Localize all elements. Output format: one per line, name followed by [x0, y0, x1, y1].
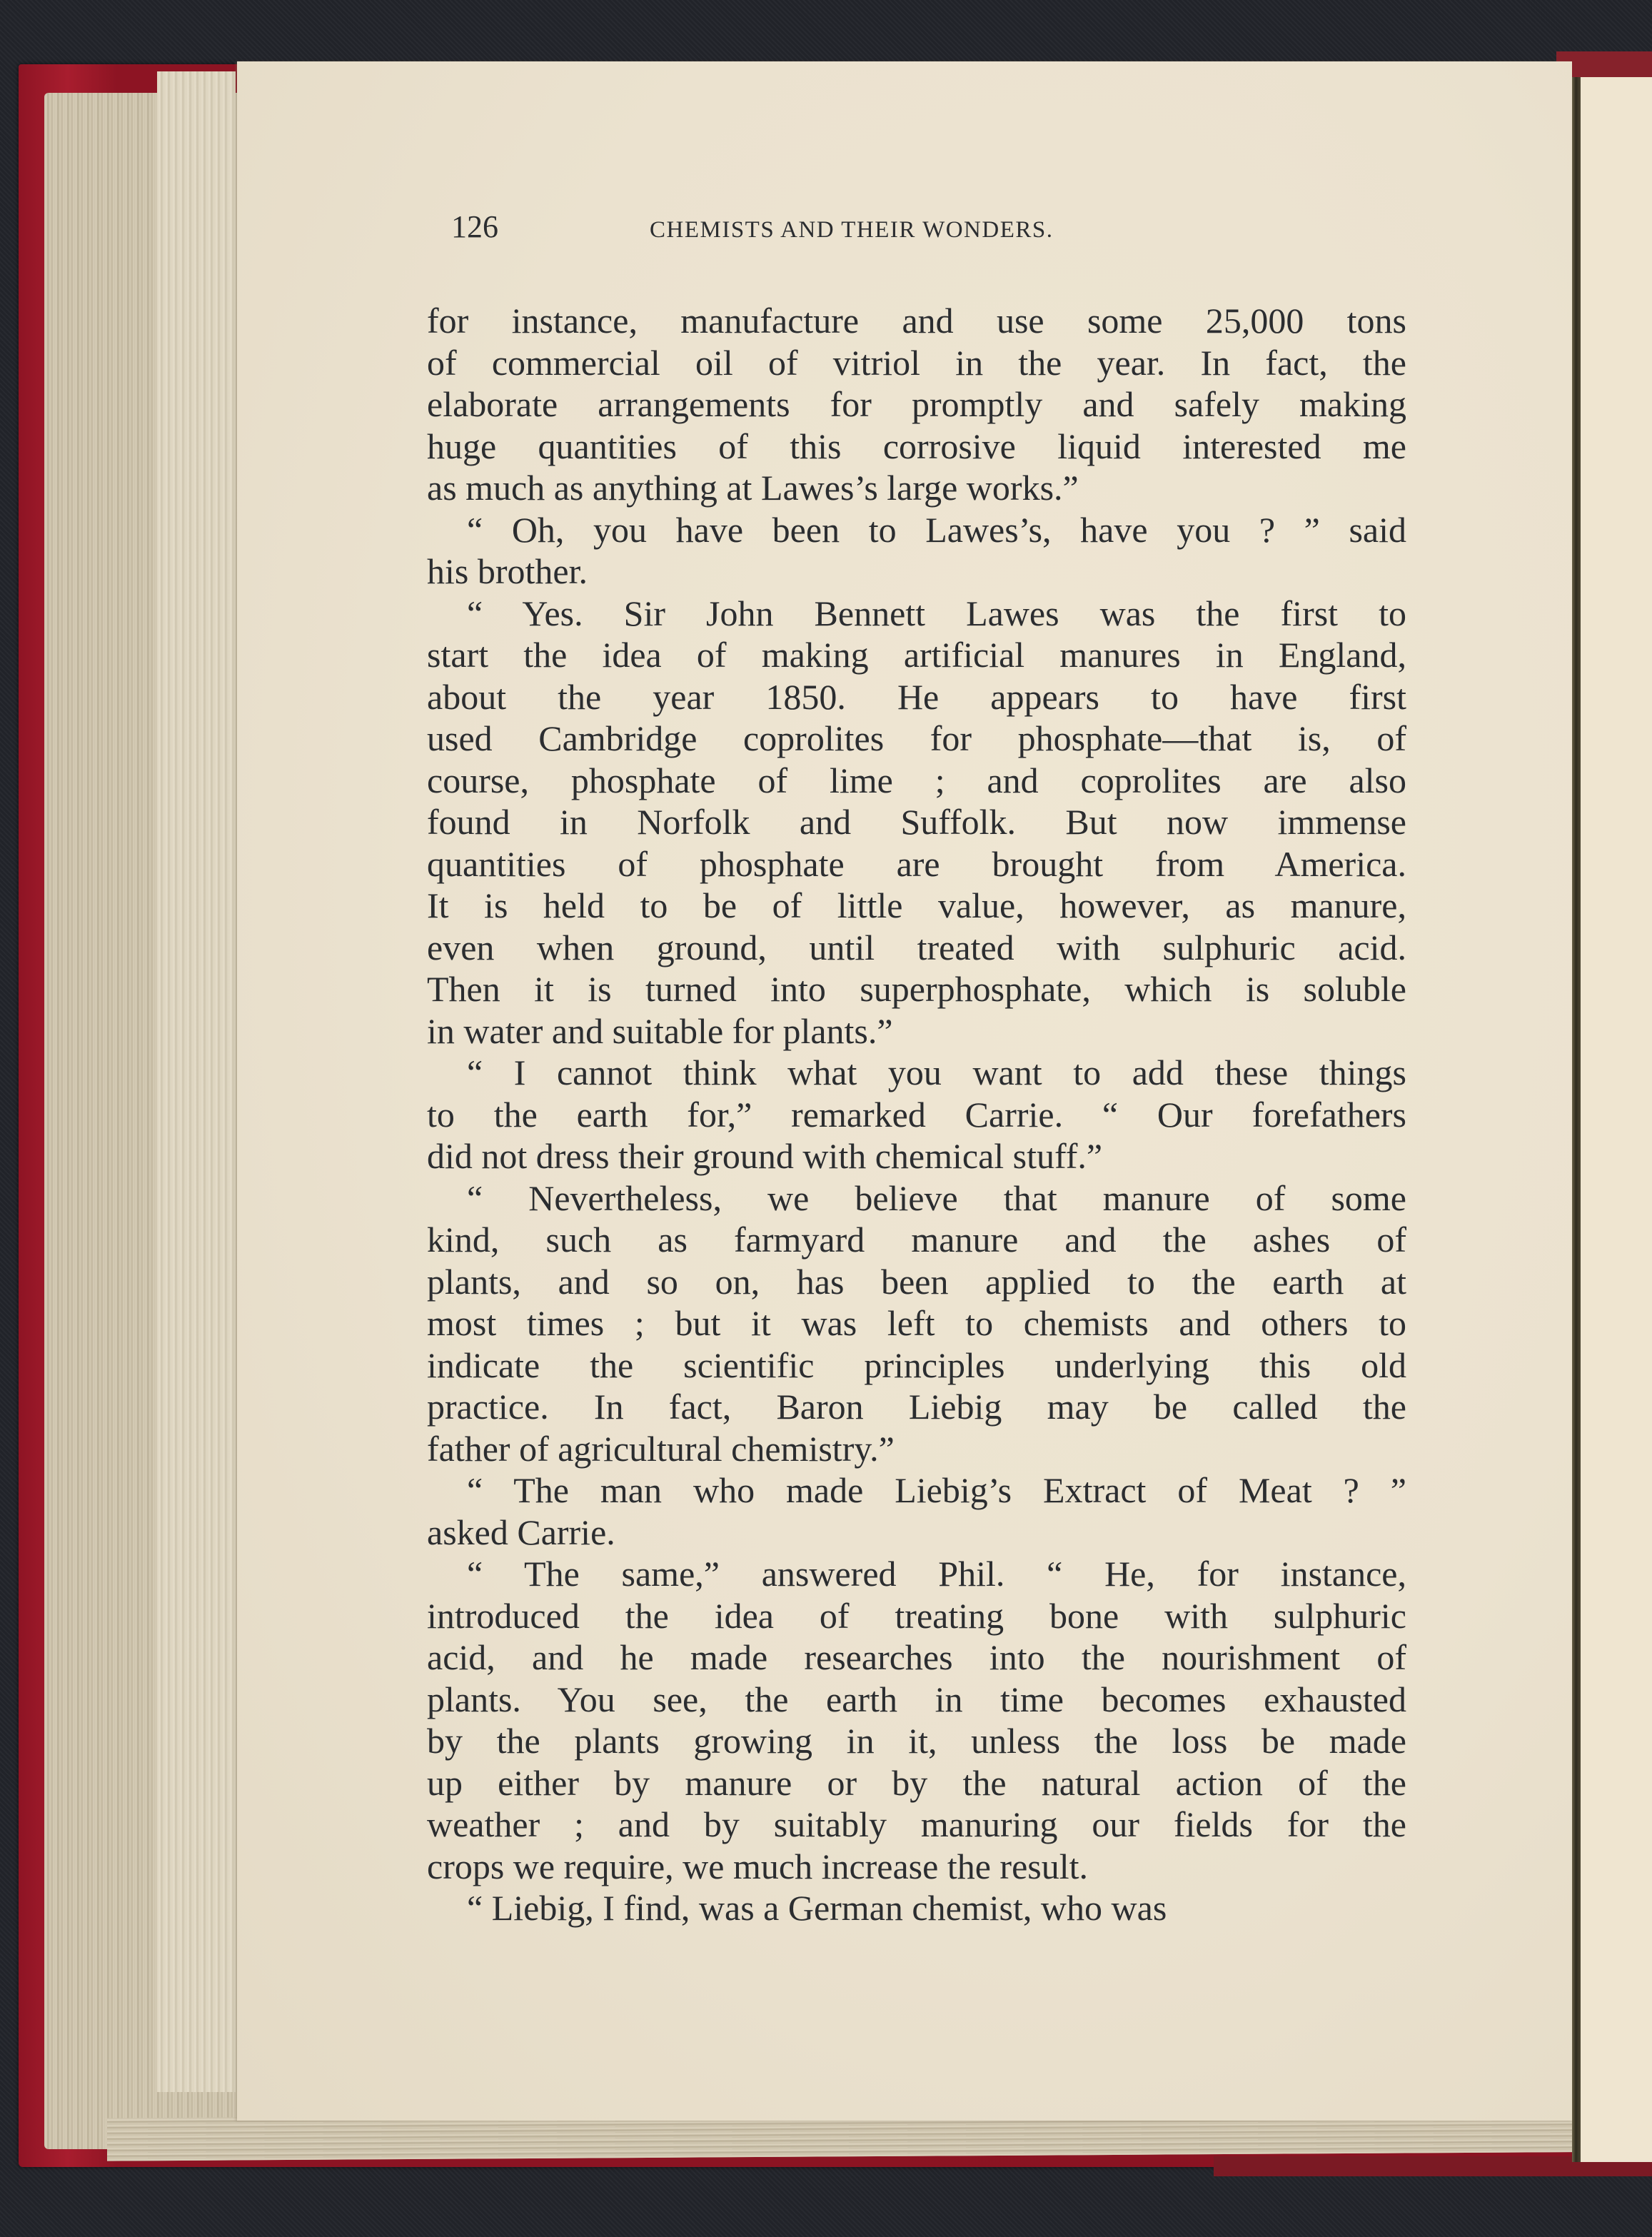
text-line: for instance, manufacture and use some 2…	[427, 300, 1406, 342]
text-line: practice. In fact, Baron Liebig may be c…	[427, 1386, 1406, 1428]
text-line: to the earth for,” remarked Carrie. “ Ou…	[427, 1094, 1406, 1136]
text-line: even when ground, until treated with sul…	[427, 927, 1406, 969]
text-line: “ The man who made Liebig’s Extract of M…	[427, 1469, 1406, 1512]
facing-page-edge	[1581, 77, 1652, 2162]
text-line: by the plants growing in it, unless the …	[427, 1720, 1406, 1762]
text-line: crops we require, we much increase the r…	[427, 1846, 1406, 1888]
text-line: introduced the idea of treating bone wit…	[427, 1595, 1406, 1637]
text-line: his brother.	[427, 551, 1406, 593]
running-head: 126 CHEMISTS AND THEIR WONDERS.	[427, 206, 1406, 248]
page-edges-inner	[157, 71, 236, 2092]
paragraph: “ Yes. Sir John Bennett Lawes was the fi…	[427, 593, 1406, 1052]
paragraph: “ Nevertheless, we believe that manure o…	[427, 1177, 1406, 1470]
text-line: “ I cannot think what you want to add th…	[427, 1052, 1406, 1094]
paragraph: for instance, manufacture and use some 2…	[427, 300, 1406, 509]
page-text-block: 126 CHEMISTS AND THEIR WONDERS. for inst…	[427, 206, 1406, 1929]
page-number: 126	[451, 206, 498, 248]
text-line: as much as anything at Lawes’s large wor…	[427, 467, 1406, 509]
paragraph: “ The man who made Liebig’s Extract of M…	[427, 1469, 1406, 1553]
text-line: used Cambridge coprolites for phosphate—…	[427, 718, 1406, 760]
paragraph: “ Oh, you have been to Lawes’s, have you…	[427, 509, 1406, 593]
text-line: in water and suitable for plants.”	[427, 1010, 1406, 1052]
text-line: course, phosphate of lime ; and coprolit…	[427, 760, 1406, 802]
text-line: most times ; but it was left to chemists…	[427, 1302, 1406, 1344]
text-line: of commercial oil of vitriol in the year…	[427, 342, 1406, 384]
text-line: found in Norfolk and Suffolk. But now im…	[427, 801, 1406, 843]
text-line: quantities of phosphate are brought from…	[427, 843, 1406, 885]
running-head-title: CHEMISTS AND THEIR WONDERS.	[650, 208, 1054, 251]
text-line: indicate the scientific principles under…	[427, 1344, 1406, 1387]
text-line: start the idea of making artificial manu…	[427, 634, 1406, 676]
text-line: It is held to be of little value, howeve…	[427, 885, 1406, 927]
text-line: plants. You see, the earth in time becom…	[427, 1679, 1406, 1721]
text-line: “ Liebig, I find, was a German chemist, …	[427, 1887, 1406, 1929]
text-line: did not dress their ground with chemical…	[427, 1135, 1406, 1177]
text-line: kind, such as farmyard manure and the as…	[427, 1219, 1406, 1261]
paragraph: “ The same,” answered Phil. “ He, for in…	[427, 1553, 1406, 1887]
text-line: acid, and he made researches into the no…	[427, 1637, 1406, 1679]
text-line: plants, and so on, has been applied to t…	[427, 1261, 1406, 1303]
text-line: huge quantities of this corrosive liquid…	[427, 426, 1406, 468]
paragraph: “ I cannot think what you want to add th…	[427, 1052, 1406, 1177]
text-line: weather ; and by suitably manuring our f…	[427, 1804, 1406, 1846]
text-line: Then it is turned into superphosphate, w…	[427, 968, 1406, 1010]
page-gutter	[1572, 77, 1581, 2162]
text-line: “ The same,” answered Phil. “ He, for in…	[427, 1553, 1406, 1595]
text-line: “ Yes. Sir John Bennett Lawes was the fi…	[427, 593, 1406, 635]
text-line: elaborate arrangements for promptly and …	[427, 383, 1406, 426]
text-line: about the year 1850. He appears to have …	[427, 676, 1406, 718]
body-text: for instance, manufacture and use some 2…	[427, 300, 1406, 1929]
text-line: father of agricultural chemistry.”	[427, 1428, 1406, 1470]
text-line: “ Oh, you have been to Lawes’s, have you…	[427, 509, 1406, 551]
text-line: “ Nevertheless, we believe that manure o…	[427, 1177, 1406, 1220]
text-line: asked Carrie.	[427, 1512, 1406, 1554]
text-line: up either by manure or by the natural ac…	[427, 1762, 1406, 1804]
paragraph: “ Liebig, I find, was a German chemist, …	[427, 1887, 1406, 1929]
